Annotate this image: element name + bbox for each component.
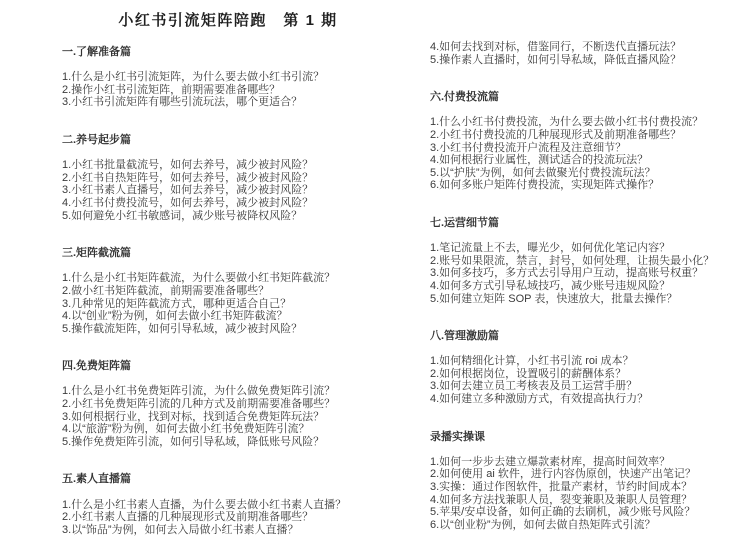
syllabus-item: 5.操作截流矩阵，如何引导私域，减少被封风险？ bbox=[62, 323, 402, 336]
syllabus-item: 2.做小红书矩阵截流，前期需要准备哪些？ bbox=[62, 285, 402, 298]
syllabus-item: 5.以“护肤”为例，如何去做聚光付费投流玩法？ bbox=[430, 167, 730, 180]
syllabus-item: 3.实操：通过作图软件，批量产素材，节约时间成本？ bbox=[430, 481, 730, 494]
syllabus-item: 4.如何多方式引导私域技巧，减少账号违规风险？ bbox=[430, 280, 730, 293]
syllabus-item: 4.如何多方法找兼职人员，裂变兼职及兼职人员管理？ bbox=[430, 494, 730, 507]
syllabus-item: 2.如何根据岗位，设置吸引的薪酬体系？ bbox=[430, 368, 730, 381]
syllabus-item: 1.小红书批量截流号，如何去养号，减少被封风险？ bbox=[62, 159, 402, 172]
syllabus-item: 1.笔记流量上不去，曝光少，如何优化笔记内容？ bbox=[430, 242, 730, 255]
syllabus-item: 4.小红书付费投流号，如何去养号，减少被封风险？ bbox=[62, 197, 402, 210]
syllabus-item: 4.以“旅游”粉为例，如何去做小红书免费矩阵引流？ bbox=[62, 423, 402, 436]
syllabus-item: 2.小红书自热矩阵号，如何去养号，减少被封风险？ bbox=[62, 172, 402, 185]
syllabus-item: 3.小红书引流矩阵有哪些引流玩法，哪个更适合？ bbox=[62, 96, 402, 109]
syllabus-item: 5.操作素人直播时，如何引导私域，降低直播风险？ bbox=[430, 54, 730, 67]
syllabus-item: 3.如何根据行业，找到对标，找到适合免费矩阵玩法？ bbox=[62, 411, 402, 424]
course-section: 六.付费投流篇1.什么小红书付费投流，为什么要去做小红书付费投流？2.小红书付费… bbox=[430, 91, 730, 192]
course-section: 四.免费矩阵篇1.什么是小红书免费矩阵引流，为什么做免费矩阵引流？2.小红书免费… bbox=[62, 360, 402, 448]
section-heading: 六.付费投流篇 bbox=[430, 91, 730, 104]
syllabus-item: 4.如何建立多种激励方式，有效提高执行力？ bbox=[430, 393, 730, 406]
syllabus-item: 1.什么是小红书素人直播，为什么要去做小红书素人直播？ bbox=[62, 499, 402, 512]
syllabus-item: 1.什么小红书付费投流，为什么要去做小红书付费投流？ bbox=[430, 116, 730, 129]
section-heading: 录播实操课 bbox=[430, 431, 730, 444]
syllabus-item: 1.什么是小红书引流矩阵，为什么要去做小红书引流？ bbox=[62, 71, 402, 84]
syllabus-item: 6.如何多账户矩阵付费投流，实现矩阵式操作？ bbox=[430, 179, 730, 192]
section-heading: 一.了解准备篇 bbox=[62, 46, 402, 59]
course-section: 八.管理激励篇1.如何精细化计算，小红书引流 roi 成本？2.如何根据岗位，设… bbox=[430, 330, 730, 406]
syllabus-item: 5.如何避免小红书敏感词，减少账号被降权风险？ bbox=[62, 210, 402, 223]
section-heading: 八.管理激励篇 bbox=[430, 330, 730, 343]
syllabus-item: 3.小红书素人直播号，如何去养号，减少被封风险？ bbox=[62, 184, 402, 197]
left-column: 一.了解准备篇1.什么是小红书引流矩阵，为什么要去做小红书引流？2.操作小红书引… bbox=[62, 46, 402, 536]
course-section: 七.运营细节篇1.笔记流量上不去，曝光少，如何优化笔记内容？2.账号如果限流，禁… bbox=[430, 217, 730, 305]
syllabus-item: 5.如何建立矩阵 SOP 表，快速放大，批量去操作？ bbox=[430, 293, 730, 306]
syllabus-item: 2.操作小红书引流矩阵，前期需要准备哪些？ bbox=[62, 84, 402, 97]
section-heading: 二.养号起步篇 bbox=[62, 134, 402, 147]
syllabus-item: 3.如何去建立员工考核表及员工运营手册？ bbox=[430, 380, 730, 393]
syllabus-item: 2.账号如果限流，禁言，封号，如何处理，让损失最小化？ bbox=[430, 255, 730, 268]
course-section: 一.了解准备篇1.什么是小红书引流矩阵，为什么要去做小红书引流？2.操作小红书引… bbox=[62, 46, 402, 109]
right-column: 4.如何去找到对标，借鉴同行，不断迭代直播玩法？5.操作素人直播时，如何引导私域… bbox=[430, 41, 730, 531]
course-section: 4.如何去找到对标，借鉴同行，不断迭代直播玩法？5.操作素人直播时，如何引导私域… bbox=[430, 41, 730, 66]
syllabus-item: 3.如何多技巧，多方式去引导用户互动，提高账号权重？ bbox=[430, 267, 730, 280]
document-page: 小红书引流矩阵陪跑 第 1 期 一.了解准备篇1.什么是小红书引流矩阵，为什么要… bbox=[0, 0, 734, 550]
syllabus-item: 2.小红书付费投流的几种展现形式及前期准备哪些？ bbox=[430, 129, 730, 142]
syllabus-item: 4.如何去找到对标，借鉴同行，不断迭代直播玩法？ bbox=[430, 41, 730, 54]
course-section: 五.素人直播篇1.什么是小红书素人直播，为什么要去做小红书素人直播？2.小红书素… bbox=[62, 473, 402, 536]
course-section: 录播实操课1.如何一步步去建立爆款素材库，提高时间效率？2.如何使用 ai 软件… bbox=[430, 431, 730, 532]
syllabus-item: 2.如何使用 ai 软件，进行内容伪原创，快速产出笔记？ bbox=[430, 468, 730, 481]
syllabus-item: 4.以“创业”粉为例，如何去做小红书矩阵截流？ bbox=[62, 310, 402, 323]
syllabus-item: 5.操作免费矩阵引流，如何引导私域，降低账号风险？ bbox=[62, 436, 402, 449]
course-section: 三.矩阵截流篇1.什么是小红书矩阵截流，为什么要做小红书矩阵截流？2.做小红书矩… bbox=[62, 247, 402, 335]
page-title: 小红书引流矩阵陪跑 第 1 期 bbox=[60, 9, 396, 30]
syllabus-item: 1.什么是小红书矩阵截流，为什么要做小红书矩阵截流？ bbox=[62, 272, 402, 285]
section-heading: 七.运营细节篇 bbox=[430, 217, 730, 230]
syllabus-item: 2.小红书素人直播的几种展现形式及前期准备哪些？ bbox=[62, 511, 402, 524]
syllabus-item: 2.小红书免费矩阵引流的几种方式及前期需要准备哪些？ bbox=[62, 398, 402, 411]
syllabus-item: 1.如何精细化计算，小红书引流 roi 成本？ bbox=[430, 355, 730, 368]
section-heading: 五.素人直播篇 bbox=[62, 473, 402, 486]
syllabus-item: 1.什么是小红书免费矩阵引流，为什么做免费矩阵引流？ bbox=[62, 385, 402, 398]
syllabus-item: 4.如何根据行业属性，测试适合的投流玩法？ bbox=[430, 154, 730, 167]
syllabus-item: 3.小红书付费投流开户流程及注意细节？ bbox=[430, 142, 730, 155]
syllabus-item: 5.苹果/安卓设备，如何正确的去刷机，减少账号风险？ bbox=[430, 506, 730, 519]
syllabus-item: 3.以“饰品”为例，如何去入局做小红书素人直播？ bbox=[62, 524, 402, 537]
course-section: 二.养号起步篇1.小红书批量截流号，如何去养号，减少被封风险？2.小红书自热矩阵… bbox=[62, 134, 402, 222]
syllabus-item: 1.如何一步步去建立爆款素材库，提高时间效率？ bbox=[430, 456, 730, 469]
syllabus-item: 3.几种常见的矩阵截流方式，哪种更适合自己？ bbox=[62, 298, 402, 311]
syllabus-item: 6.以“创业粉”为例，如何去做自热矩阵式引流？ bbox=[430, 519, 730, 532]
section-heading: 四.免费矩阵篇 bbox=[62, 360, 402, 373]
section-heading: 三.矩阵截流篇 bbox=[62, 247, 402, 260]
